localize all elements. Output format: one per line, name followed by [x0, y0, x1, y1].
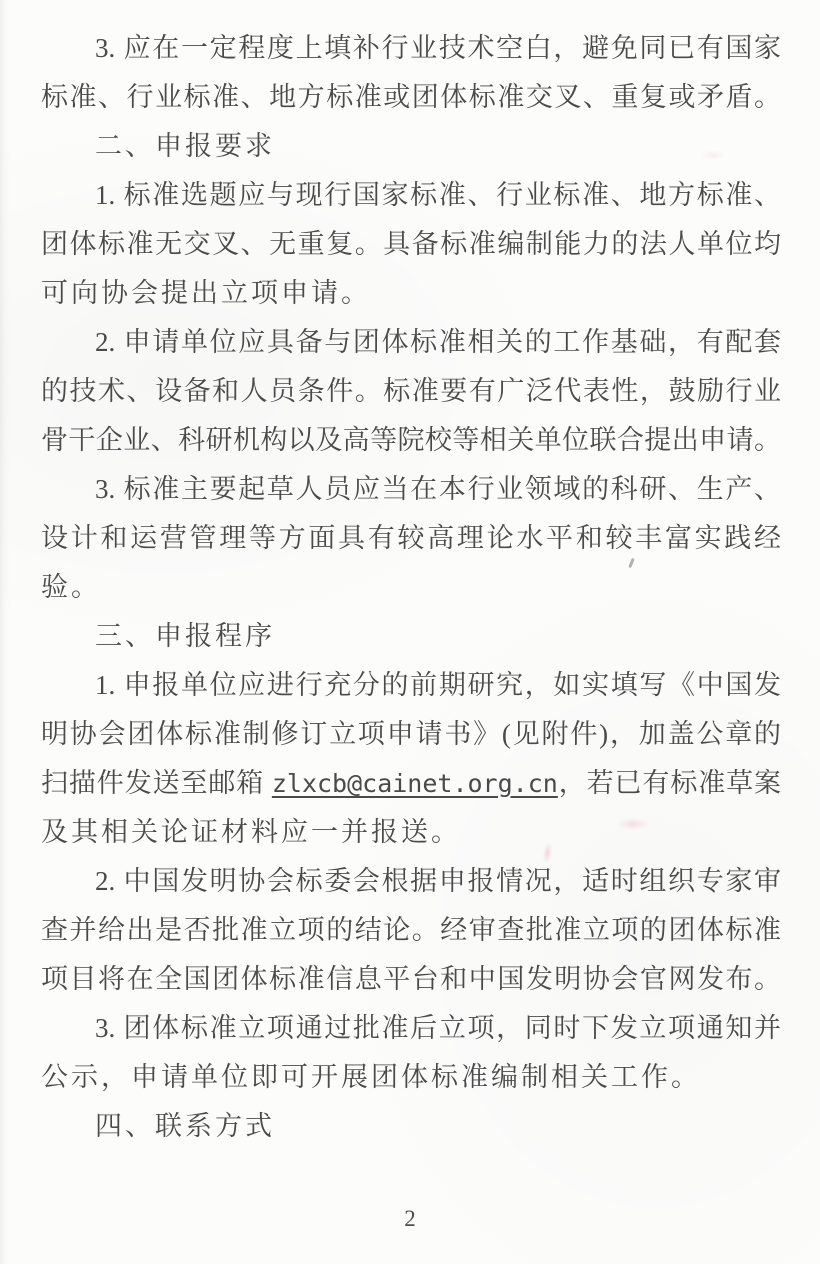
scan-smudge: [700, 150, 726, 160]
section-heading: 三、申报程序: [41, 612, 781, 661]
text-line: 骨干企业、科研机构以及高等院校等相关单位联合提出申请。: [41, 416, 781, 465]
body-text: 3. 应在一定程度上填补行业技术空白，避免同已有国家 标准、行业标准、地方标准或…: [41, 24, 781, 1151]
text-line: 团体标准无交叉、无重复。具备标准编制能力的法人单位均: [41, 220, 781, 269]
text-line: 查并给出是否批准立项的结论。经审查批准立项的团体标准: [41, 906, 781, 955]
text-line: 项目将在全国团体标准信息平台和中国发明协会官网发布。: [41, 955, 781, 1004]
scanned-document-page: 3. 应在一定程度上填补行业技术空白，避免同已有国家 标准、行业标准、地方标准或…: [0, 0, 820, 1264]
email-line-suffix: ，若已有标准草案: [558, 768, 781, 798]
section-heading: 四、联系方式: [41, 1102, 781, 1151]
text-line: 公示，申请单位即可开展团体标准编制相关工作。: [41, 1053, 781, 1102]
text-line-with-email: 扫描件发送至邮箱 zlxcb@cainet.org.cn，若已有标准草案: [41, 759, 781, 808]
text-line: 3. 团体标准立项通过批准后立项，同时下发立项通知并: [41, 1004, 781, 1053]
email-address: zlxcb@cainet.org.cn: [272, 769, 558, 798]
page-number: 2: [0, 1206, 820, 1232]
text-line: 2. 申请单位应具备与团体标准相关的工作基础，有配套: [41, 318, 781, 367]
email-line-prefix: 扫描件发送至邮箱: [41, 768, 272, 798]
text-line: 及其相关论证材料应一并报送。: [41, 808, 781, 857]
text-line: 1. 标准选题应与现行国家标准、行业标准、地方标准、: [41, 171, 781, 220]
text-line: 1. 申报单位应进行充分的前期研究，如实填写《中国发: [41, 661, 781, 710]
text-line: 3. 标准主要起草人员应当在本行业领域的科研、生产、: [41, 465, 781, 514]
text-line: 可向协会提出立项申请。: [41, 269, 781, 318]
text-line: 标准、行业标准、地方标准或团体标准交叉、重复或矛盾。: [41, 73, 781, 122]
scan-smudge: [616, 818, 650, 830]
text-line: 明协会团体标准制修订立项申请书》(见附件)，加盖公章的: [41, 710, 781, 759]
text-line: 验。: [41, 563, 781, 612]
section-heading: 二、申报要求: [41, 122, 781, 171]
text-line: 3. 应在一定程度上填补行业技术空白，避免同已有国家: [41, 24, 781, 73]
text-line: 的技术、设备和人员条件。标准要有广泛代表性，鼓励行业: [41, 367, 781, 416]
text-line: 2. 中国发明协会标委会根据申报情况，适时组织专家审: [41, 857, 781, 906]
text-line: 设计和运营管理等方面具有较高理论水平和较丰富实践经: [41, 514, 781, 563]
